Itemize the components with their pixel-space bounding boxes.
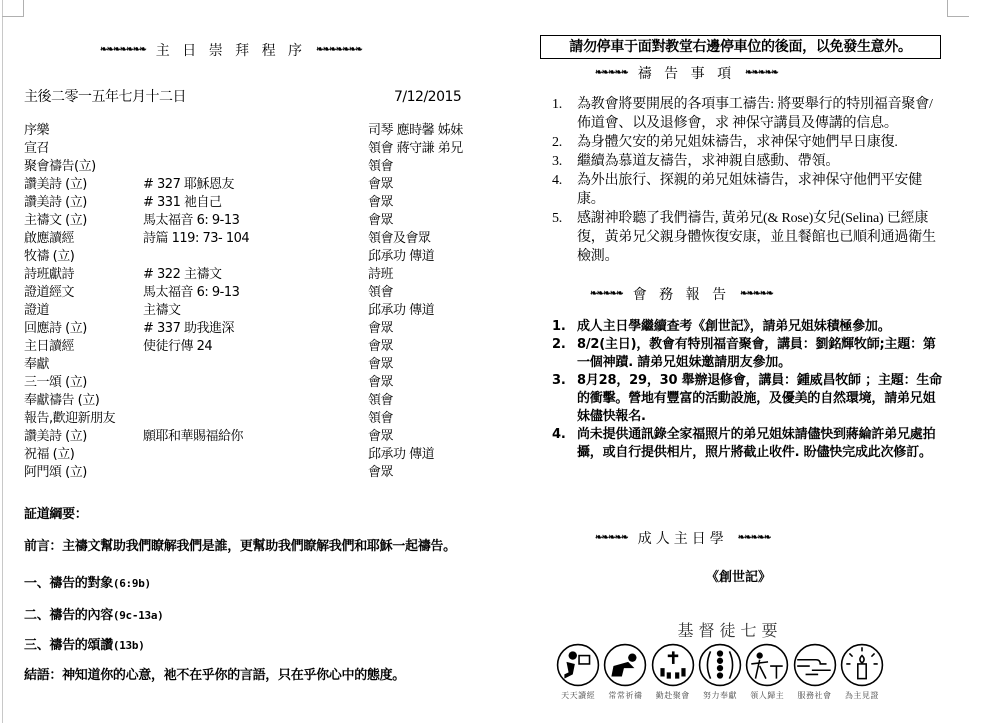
program-leader: 會眾 <box>368 464 393 482</box>
seven-essentials-icons: 天天讀經常常祈禱勤赴聚會努力奉獻領人歸主服務社會為主見證 <box>555 643 885 701</box>
list-text: 為外出旅行、探親的弟兄姐妹禱告，求神保守他們平安健康。 <box>577 173 922 207</box>
point-ref: (13b) <box>113 639 145 652</box>
ornament-right: ❧❧❧❧❧ <box>738 533 771 543</box>
program-leader: 會眾 <box>368 428 393 446</box>
point-label: 一、禱告的對象 <box>24 576 113 591</box>
program-row: 序樂司琴 應時馨 姊妹 <box>24 122 484 140</box>
seven-essential-label: 為主見證 <box>839 690 885 701</box>
seven-essential-item: 天天讀經 <box>555 643 601 701</box>
point-label: 三、禱告的頌讚 <box>24 638 113 653</box>
program-item: 回應詩 (立) <box>24 320 87 338</box>
program-row: 三一頌 (立)會眾 <box>24 374 484 392</box>
list-text: 為教會將要開展的各項事工禱告: 將要舉行的特別福音聚會/ 佈道會、以及退修會，求… <box>577 97 933 131</box>
program-content: # 337 助我進深 <box>143 320 234 338</box>
list-text: 感謝神聆聽了我們禱告, 黃弟兄(& Rose)女兒(Selina) 已經康復，黃… <box>577 211 936 264</box>
list-item: 3.繼續為慕道友禱告，求神親自感動、帶領。 <box>552 152 942 171</box>
program-row: 主日讀經使徒行傳 24會眾 <box>24 338 484 356</box>
reports-title-text: 會 務 報 告 <box>633 287 730 303</box>
sermon-intro: 前言：主禱文幫助我們瞭解我們是誰，更幫助我們瞭解我們和耶穌一起禱告。 <box>24 538 464 555</box>
program-content: 願耶和華賜福給你 <box>143 428 243 446</box>
candle-light-icon <box>840 643 884 687</box>
program-leader: 司琴 應時馨 姊妹 <box>368 122 463 140</box>
list-text: 成人主日學繼續查考《創世記》，請弟兄姐妹積極參加。 <box>577 319 891 334</box>
program-leader: 邱承功 傳道 <box>368 446 434 464</box>
list-item: 1.為教會將要開展的各項事工禱告: 將要舉行的特別福音聚會/ 佈道會、以及退修會… <box>552 95 942 133</box>
sunday-school-title: ❧❧❧❧❧成人主日學❧❧❧❧❧ <box>595 528 770 548</box>
worship-title-text: 主 日 崇 拜 程 序 <box>156 43 306 59</box>
sermon-point-3: 三、禱告的頌讚(13b) <box>24 634 145 653</box>
program-item: 宣召 <box>24 140 49 158</box>
program-item: 報告,歡迎新朋友 <box>24 410 115 428</box>
point-ref: (6:9b) <box>113 577 151 590</box>
program-row: 主禱文 (立)馬太福音 6: 9-13會眾 <box>24 212 484 230</box>
seven-essential-label: 服務社會 <box>791 690 837 701</box>
sermon-point-2: 二、禱告的內容(9c-13a) <box>24 604 164 623</box>
sermon-intro-text: 主禱文幫助我們瞭解我們是誰，更幫助我們瞭解我們和耶穌一起禱告。 <box>62 539 456 554</box>
reports-title: ❧❧❧❧❧會 務 報 告❧❧❧❧❧ <box>590 284 773 304</box>
gathering-cross-icon <box>651 643 695 687</box>
list-number: 1. <box>552 95 562 114</box>
point-ref: (9c-13a) <box>113 609 164 622</box>
program-row: 讚美詩 (立)# 331 祂自己會眾 <box>24 194 484 212</box>
leading-people-icon <box>745 643 789 687</box>
program-leader: 領會 <box>368 392 393 410</box>
program-leader: 領會 <box>368 410 393 428</box>
seven-essential-label: 努力奉獻 <box>697 690 743 701</box>
program-item: 祝福 (立) <box>24 446 74 464</box>
seven-essentials-title: 基督徒七要 <box>575 618 885 641</box>
program-leader: 邱承功 傳道 <box>368 302 434 320</box>
ornament-left: ❧❧❧❧❧ <box>590 289 623 299</box>
list-number: 3. <box>552 372 566 390</box>
program-row: 牧禱 (立)邱承功 傳道 <box>24 248 484 266</box>
list-item: 4.為外出旅行、探親的弟兄姐妹禱告，求神保守他們平安健康。 <box>552 171 942 209</box>
program-item: 讚美詩 (立) <box>24 428 87 446</box>
program-leader: 會眾 <box>368 338 393 356</box>
program-leader: 會眾 <box>368 212 393 230</box>
program-item: 讚美詩 (立) <box>24 176 87 194</box>
seven-essential-label: 領人歸主 <box>744 690 790 701</box>
program-item: 讚美詩 (立) <box>24 194 87 212</box>
program-item: 證道經文 <box>24 284 74 302</box>
list-number: 5. <box>552 209 562 228</box>
ornament-left: ❧❧❧❧❧ <box>595 533 628 543</box>
program-item: 證道 <box>24 302 49 320</box>
program-content: 主禱文 <box>143 302 181 320</box>
seven-essential-label: 天天讀經 <box>555 690 601 701</box>
list-text: 繼續為慕道友禱告，求神親自感動、帶領。 <box>577 154 839 169</box>
list-item: 5.感謝神聆聽了我們禱告, 黃弟兄(& Rose)女兒(Selina) 已經康復… <box>552 209 942 266</box>
program-item: 啟應讀經 <box>24 230 74 248</box>
point-label: 二、禱告的內容 <box>24 608 113 623</box>
list-text: 為身體欠安的弟兄姐妹禱告，求神保守她們早日康復. <box>577 135 898 150</box>
program-leader: 詩班 <box>368 266 393 284</box>
list-item: 4.尚未提供通訊錄全家福照片的弟兄姐妹請儘快到蔣綸許弟兄處拍攝，或自行提供相片，… <box>552 426 942 462</box>
kneeling-prayer-icon <box>603 643 647 687</box>
program-leader: 領會 <box>368 284 393 302</box>
program-leader: 會眾 <box>368 320 393 338</box>
loaves-fish-icon <box>698 643 742 687</box>
program-leader: 領會及會眾 <box>368 230 431 248</box>
program-leader: 領會 蔣守謙 弟兄 <box>368 140 463 158</box>
reports-list: 1.成人主日學繼續查考《創世記》，請弟兄姐妹積極參加。2.8/2(主日)，教會有… <box>552 318 942 462</box>
program-item: 奉獻禱告 (立) <box>24 392 99 410</box>
program-row: 證道主禱文邱承功 傳道 <box>24 302 484 320</box>
sunday-school-book: 《創世記》 <box>706 566 771 585</box>
list-item: 1.成人主日學繼續查考《創世記》，請弟兄姐妹積極參加。 <box>552 318 942 336</box>
list-text: 8月28，29，30 舉辦退修會，講員：鍾威昌牧師 ；主題：生命的衝擊。營地有豐… <box>577 373 942 424</box>
program-row: 奉獻會眾 <box>24 356 484 374</box>
list-number: 4. <box>552 426 566 444</box>
program-leader: 邱承功 傳道 <box>368 248 434 266</box>
program-leader: 會眾 <box>368 374 393 392</box>
program-content: 使徒行傳 24 <box>143 338 212 356</box>
prayer-list: 1.為教會將要開展的各項事工禱告: 將要舉行的特別福音聚會/ 佈道會、以及退修會… <box>552 95 942 266</box>
list-item: 2.8/2(主日)，教會有特別福音聚會，講員：劉銘輝牧師;主題：第一個神蹟. 請… <box>552 336 942 372</box>
list-item: 2.為身體欠安的弟兄姐妹禱告，求神保守她們早日康復. <box>552 133 942 152</box>
crop-mark-top-left <box>2 0 24 17</box>
seven-essentials: 基督徒七要 天天讀經常常祈禱勤赴聚會努力奉獻領人歸主服務社會為主見證 <box>555 618 885 701</box>
page-edge <box>2 0 3 723</box>
seven-essential-item: 為主見證 <box>839 643 885 701</box>
program-item: 主禱文 (立) <box>24 212 87 230</box>
program-row: 回應詩 (立)# 337 助我進深會眾 <box>24 320 484 338</box>
program-row: 奉獻禱告 (立)領會 <box>24 392 484 410</box>
ornament-right: ❧❧❧❧❧❧❧ <box>316 45 362 55</box>
prayer-title: ❧❧❧❧❧禱 告 事 項❧❧❧❧❧ <box>595 63 778 83</box>
program-row: 宣召領會 蔣守謙 弟兄 <box>24 140 484 158</box>
program-content: 詩篇 119: 73- 104 <box>143 230 249 248</box>
program-content: 馬太福音 6: 9-13 <box>143 212 239 230</box>
conclusion-label: 結語： <box>24 668 62 683</box>
program-content: # 327 耶穌恩友 <box>143 176 234 194</box>
worship-program: 序樂司琴 應時馨 姊妹宣召領會 蔣守謙 弟兄聚會禱告(立)領會讚美詩 (立)# … <box>24 122 484 482</box>
program-row: 啟應讀經詩篇 119: 73- 104領會及會眾 <box>24 230 484 248</box>
date: 7/12/2015 <box>394 88 461 106</box>
list-text: 尚未提供通訊錄全家福照片的弟兄姐妹請儘快到蔣綸許弟兄處拍攝，或自行提供相片，照片… <box>577 427 935 460</box>
program-row: 祝福 (立)邱承功 傳道 <box>24 446 484 464</box>
program-leader: 會眾 <box>368 176 393 194</box>
program-content: # 331 祂自己 <box>143 194 221 212</box>
program-row: 讚美詩 (立)# 327 耶穌恩友會眾 <box>24 176 484 194</box>
program-content: 馬太福音 6: 9-13 <box>143 284 239 302</box>
seven-essential-item: 勤赴聚會 <box>650 643 696 701</box>
program-leader: 領會 <box>368 158 393 176</box>
sermon-conclusion: 結語：神知道你的心意，祂不在乎你的言語，只在乎你心中的態度。 <box>24 664 405 683</box>
program-row: 阿門頌 (立)會眾 <box>24 464 484 482</box>
ornament-right: ❧❧❧❧❧ <box>740 289 773 299</box>
conclusion-text: 神知道你的心意，祂不在乎你的言語，只在乎你心中的態度。 <box>62 668 405 683</box>
program-row: 聚會禱告(立)領會 <box>24 158 484 176</box>
sunday-school-title-text: 成人主日學 <box>638 531 728 547</box>
list-item: 3.8月28，29，30 舉辦退修會，講員：鍾威昌牧師 ；主題：生命的衝擊。營地… <box>552 372 942 426</box>
program-row: 讚美詩 (立)願耶和華賜福給你會眾 <box>24 428 484 446</box>
program-item: 阿門頌 (立) <box>24 464 87 482</box>
program-row: 證道經文馬太福音 6: 9-13領會 <box>24 284 484 302</box>
worship-title: ❧❧❧❧❧❧❧主 日 崇 拜 程 序❧❧❧❧❧❧❧ <box>100 40 362 60</box>
serving-hands-icon <box>793 643 837 687</box>
list-text: 8/2(主日)，教會有特別福音聚會，講員：劉銘輝牧師;主題：第一個神蹟. 請弟兄… <box>577 337 936 370</box>
program-content: # 322 主禱文 <box>143 266 221 284</box>
seven-essential-label: 勤赴聚會 <box>650 690 696 701</box>
list-number: 3. <box>552 152 562 171</box>
sermon-intro-label: 前言： <box>24 539 62 554</box>
list-number: 4. <box>552 171 562 190</box>
sermon-point-1: 一、禱告的對象(6:9b) <box>24 572 151 591</box>
ornament-left: ❧❧❧❧❧❧❧ <box>100 45 146 55</box>
program-row: 詩班獻詩# 322 主禱文詩班 <box>24 266 484 284</box>
seven-essential-item: 常常祈禱 <box>602 643 648 701</box>
program-leader: 會眾 <box>368 194 393 212</box>
seven-essential-item: 努力奉獻 <box>697 643 743 701</box>
list-number: 1. <box>552 318 566 336</box>
program-row: 報告,歡迎新朋友領會 <box>24 410 484 428</box>
program-item: 序樂 <box>24 122 49 140</box>
date-chinese: 主後二零一五年七月十二日 <box>24 88 186 106</box>
list-number: 2. <box>552 133 562 152</box>
seven-essential-item: 服務社會 <box>791 643 837 701</box>
reading-bible-icon <box>556 643 600 687</box>
program-item: 詩班獻詩 <box>24 266 74 284</box>
program-item: 三一頌 (立) <box>24 374 87 392</box>
program-item: 聚會禱告(立) <box>24 158 96 176</box>
list-number: 2. <box>552 336 566 354</box>
ornament-right: ❧❧❧❧❧ <box>745 68 778 78</box>
sermon-heading: 証道綱要： <box>24 503 88 522</box>
prayer-title-text: 禱 告 事 項 <box>638 66 735 82</box>
program-item: 主日讀經 <box>24 338 74 356</box>
program-leader: 會眾 <box>368 356 393 374</box>
ornament-left: ❧❧❧❧❧ <box>595 68 628 78</box>
crop-mark-top-right <box>947 0 969 17</box>
parking-notice: 請勿停車于面對教堂右邊停車位的後面，以免發生意外。 <box>540 35 941 59</box>
seven-essential-item: 領人歸主 <box>744 643 790 701</box>
program-item: 奉獻 <box>24 356 49 374</box>
program-item: 牧禱 (立) <box>24 248 74 266</box>
seven-essential-label: 常常祈禱 <box>602 690 648 701</box>
